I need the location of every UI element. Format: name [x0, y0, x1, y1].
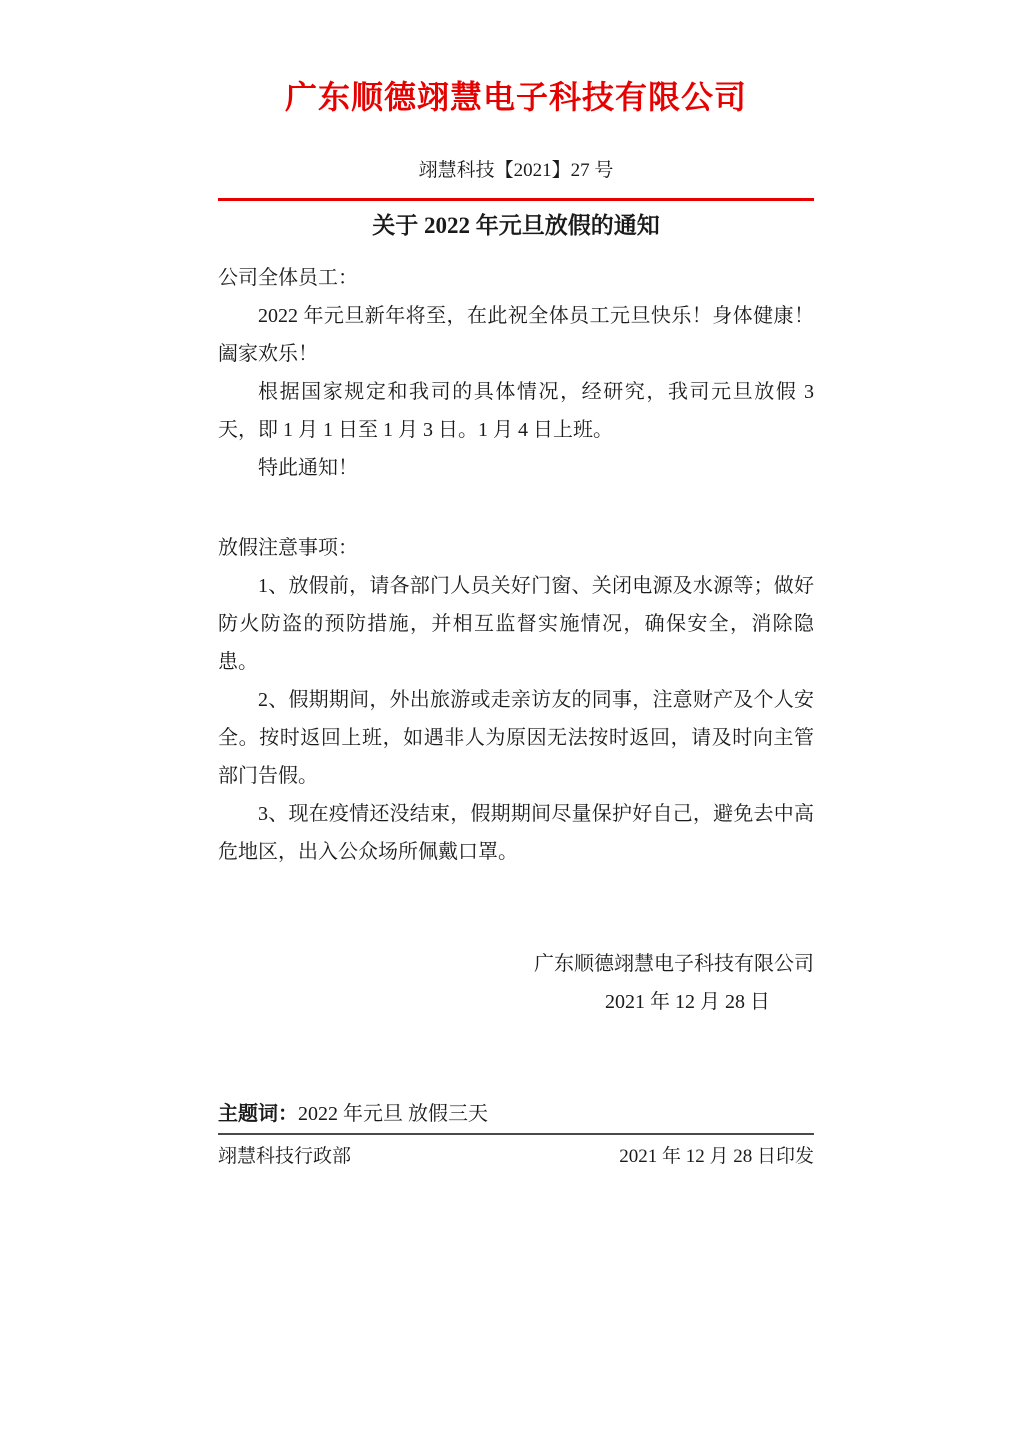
- notes-heading: 放假注意事项：: [218, 529, 814, 567]
- signature-block: 广东顺德翊慧电子科技有限公司 2021 年 12 月 28 日: [218, 945, 814, 1021]
- document-footer: 主题词：2022 年元旦 放假三天 翊慧科技行政部 2021 年 12 月 28…: [218, 1099, 814, 1170]
- notice-body: 公司全体员工： 2022 年元旦新年将至，在此祝全体员工元旦快乐！身体健康！阖家…: [218, 259, 814, 871]
- document-page: 广东顺德翊慧电子科技有限公司 翊慧科技【2021】27 号 关于 2022 年元…: [0, 0, 1024, 1448]
- subject-value: 2022 年元旦 放假三天: [298, 1103, 488, 1125]
- note-item: 2、假期期间，外出旅游或走亲访友的同事，注意财产及个人安全。按时返回上班，如遇非…: [218, 681, 814, 795]
- letterhead-red-divider: [218, 198, 814, 201]
- issuing-department: 翊慧科技行政部: [218, 1143, 351, 1170]
- document-number: 翊慧科技【2021】27 号: [218, 158, 814, 184]
- body-paragraph: 2022 年元旦新年将至，在此祝全体员工元旦快乐！身体健康！阖家欢乐！: [218, 297, 814, 373]
- company-letterhead-title: 广东顺德翊慧电子科技有限公司: [218, 0, 814, 118]
- print-date: 2021 年 12 月 28 日印发: [619, 1143, 814, 1170]
- note-item: 3、现在疫情还没结束，假期期间尽量保护好自己，避免去中高危地区，出入公众场所佩戴…: [218, 795, 814, 871]
- footer-row: 翊慧科技行政部 2021 年 12 月 28 日印发: [218, 1143, 814, 1170]
- footer-divider: [218, 1133, 814, 1135]
- subject-row: 主题词：2022 年元旦 放假三天: [218, 1099, 814, 1129]
- subject-label: 主题词：: [218, 1103, 298, 1125]
- notice-title: 关于 2022 年元旦放假的通知: [218, 209, 814, 243]
- salutation: 公司全体员工：: [218, 259, 814, 297]
- document-content: 广东顺德翊慧电子科技有限公司 翊慧科技【2021】27 号 关于 2022 年元…: [218, 0, 814, 1170]
- body-paragraph: 特此通知！: [218, 449, 814, 487]
- body-paragraph: 根据国家规定和我司的具体情况，经研究，我司元旦放假 3 天，即 1 月 1 日至…: [218, 373, 814, 449]
- signature-company: 广东顺德翊慧电子科技有限公司: [218, 945, 814, 983]
- signature-date: 2021 年 12 月 28 日: [218, 983, 814, 1021]
- note-item: 1、放假前，请各部门人员关好门窗、关闭电源及水源等；做好防火防盗的预防措施，并相…: [218, 567, 814, 681]
